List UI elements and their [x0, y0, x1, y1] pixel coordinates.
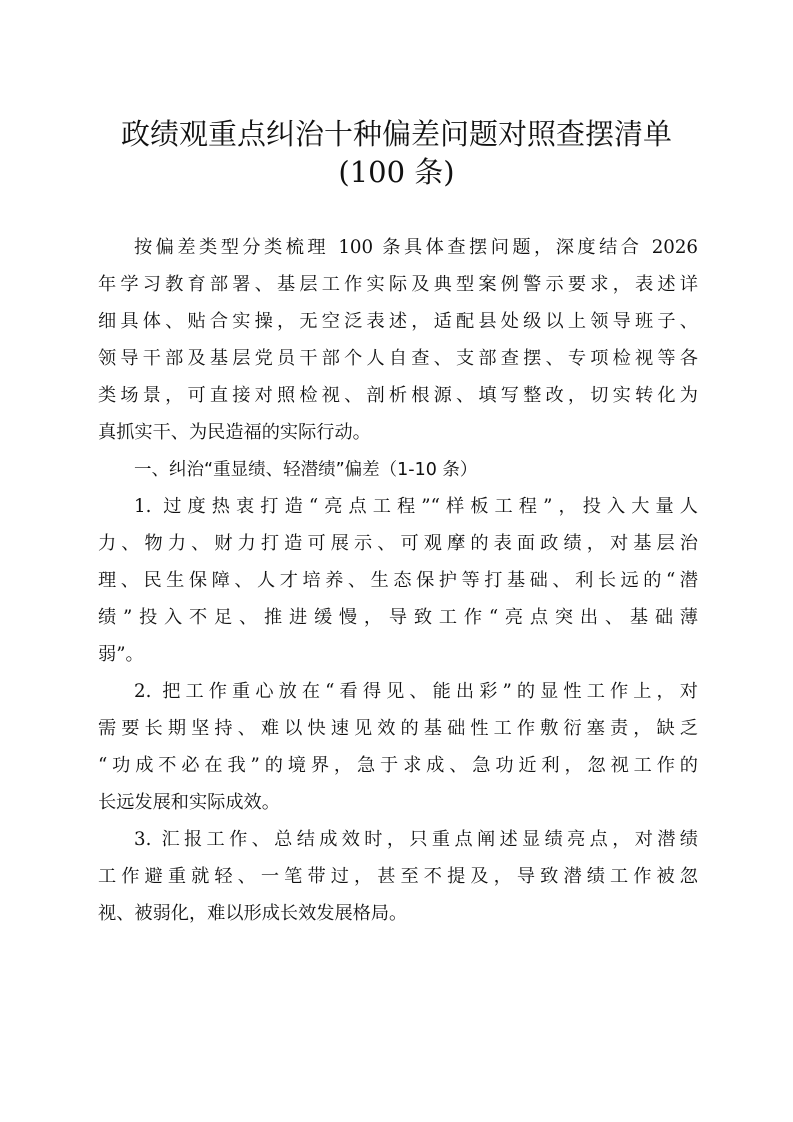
text-line: 2. 把工作重心放在“看得见、能出彩”的显性工作上，对 — [134, 680, 698, 704]
text-line: 需要长期坚持、难以快速见效的基础性工作敷衍塞责，缺乏 — [98, 717, 698, 741]
text-line: 弱”。 — [98, 643, 698, 667]
text-line: “功成不必在我”的境界，急于求成、急功近利，忽视工作的 — [98, 754, 698, 778]
text-line: 真抓实干、为民造福的实际行动。 — [98, 421, 698, 445]
text-line: 工作避重就轻、一笔带过，甚至不提及，导致潜绩工作被忽 — [98, 865, 698, 889]
text-line: 视、被弱化，难以形成长效发展格局。 — [98, 902, 698, 926]
section-heading: 一、纠治“重显绩、轻潜绩”偏差（1-10 条） — [134, 458, 477, 482]
text-line: 按偏差类型分类梳理 100 条具体查摆问题，深度结合 2026 — [134, 236, 698, 260]
document-page: 政绩观重点纠治十种偏差问题对照查摆清单 (100 条) 按偏差类型分类梳理 10… — [0, 0, 793, 1122]
text-line: 3. 汇报工作、总结成效时，只重点阐述显绩亮点，对潜绩 — [134, 828, 698, 852]
text-line: 绩”投入不足、推进缓慢，导致工作“亮点突出、基础薄 — [98, 606, 698, 630]
text-line: 1. 过度热衷打造“亮点工程”“样板工程”，投入大量人 — [134, 495, 698, 519]
text-line: 类场景，可直接对照检视、剖析根源、填写整改，切实转化为 — [98, 384, 698, 408]
text-line: 年学习教育部署、基层工作实际及典型案例警示要求，表述详 — [98, 273, 698, 297]
text-line: 长远发展和实际成效。 — [98, 791, 698, 815]
text-line: 细具体、贴合实操，无空泛表述，适配县处级以上领导班子、 — [98, 310, 698, 334]
text-line: 领导干部及基层党员干部个人自查、支部查摆、专项检视等各 — [98, 347, 698, 371]
text-line: 力、物力、财力打造可展示、可观摩的表面政绩，对基层治 — [98, 532, 698, 556]
text-line: 理、民生保障、人才培养、生态保护等打基础、利长远的“潜 — [98, 569, 698, 593]
document-title-count: (100 条) — [0, 152, 793, 192]
document-title: 政绩观重点纠治十种偏差问题对照查摆清单 — [0, 114, 793, 154]
